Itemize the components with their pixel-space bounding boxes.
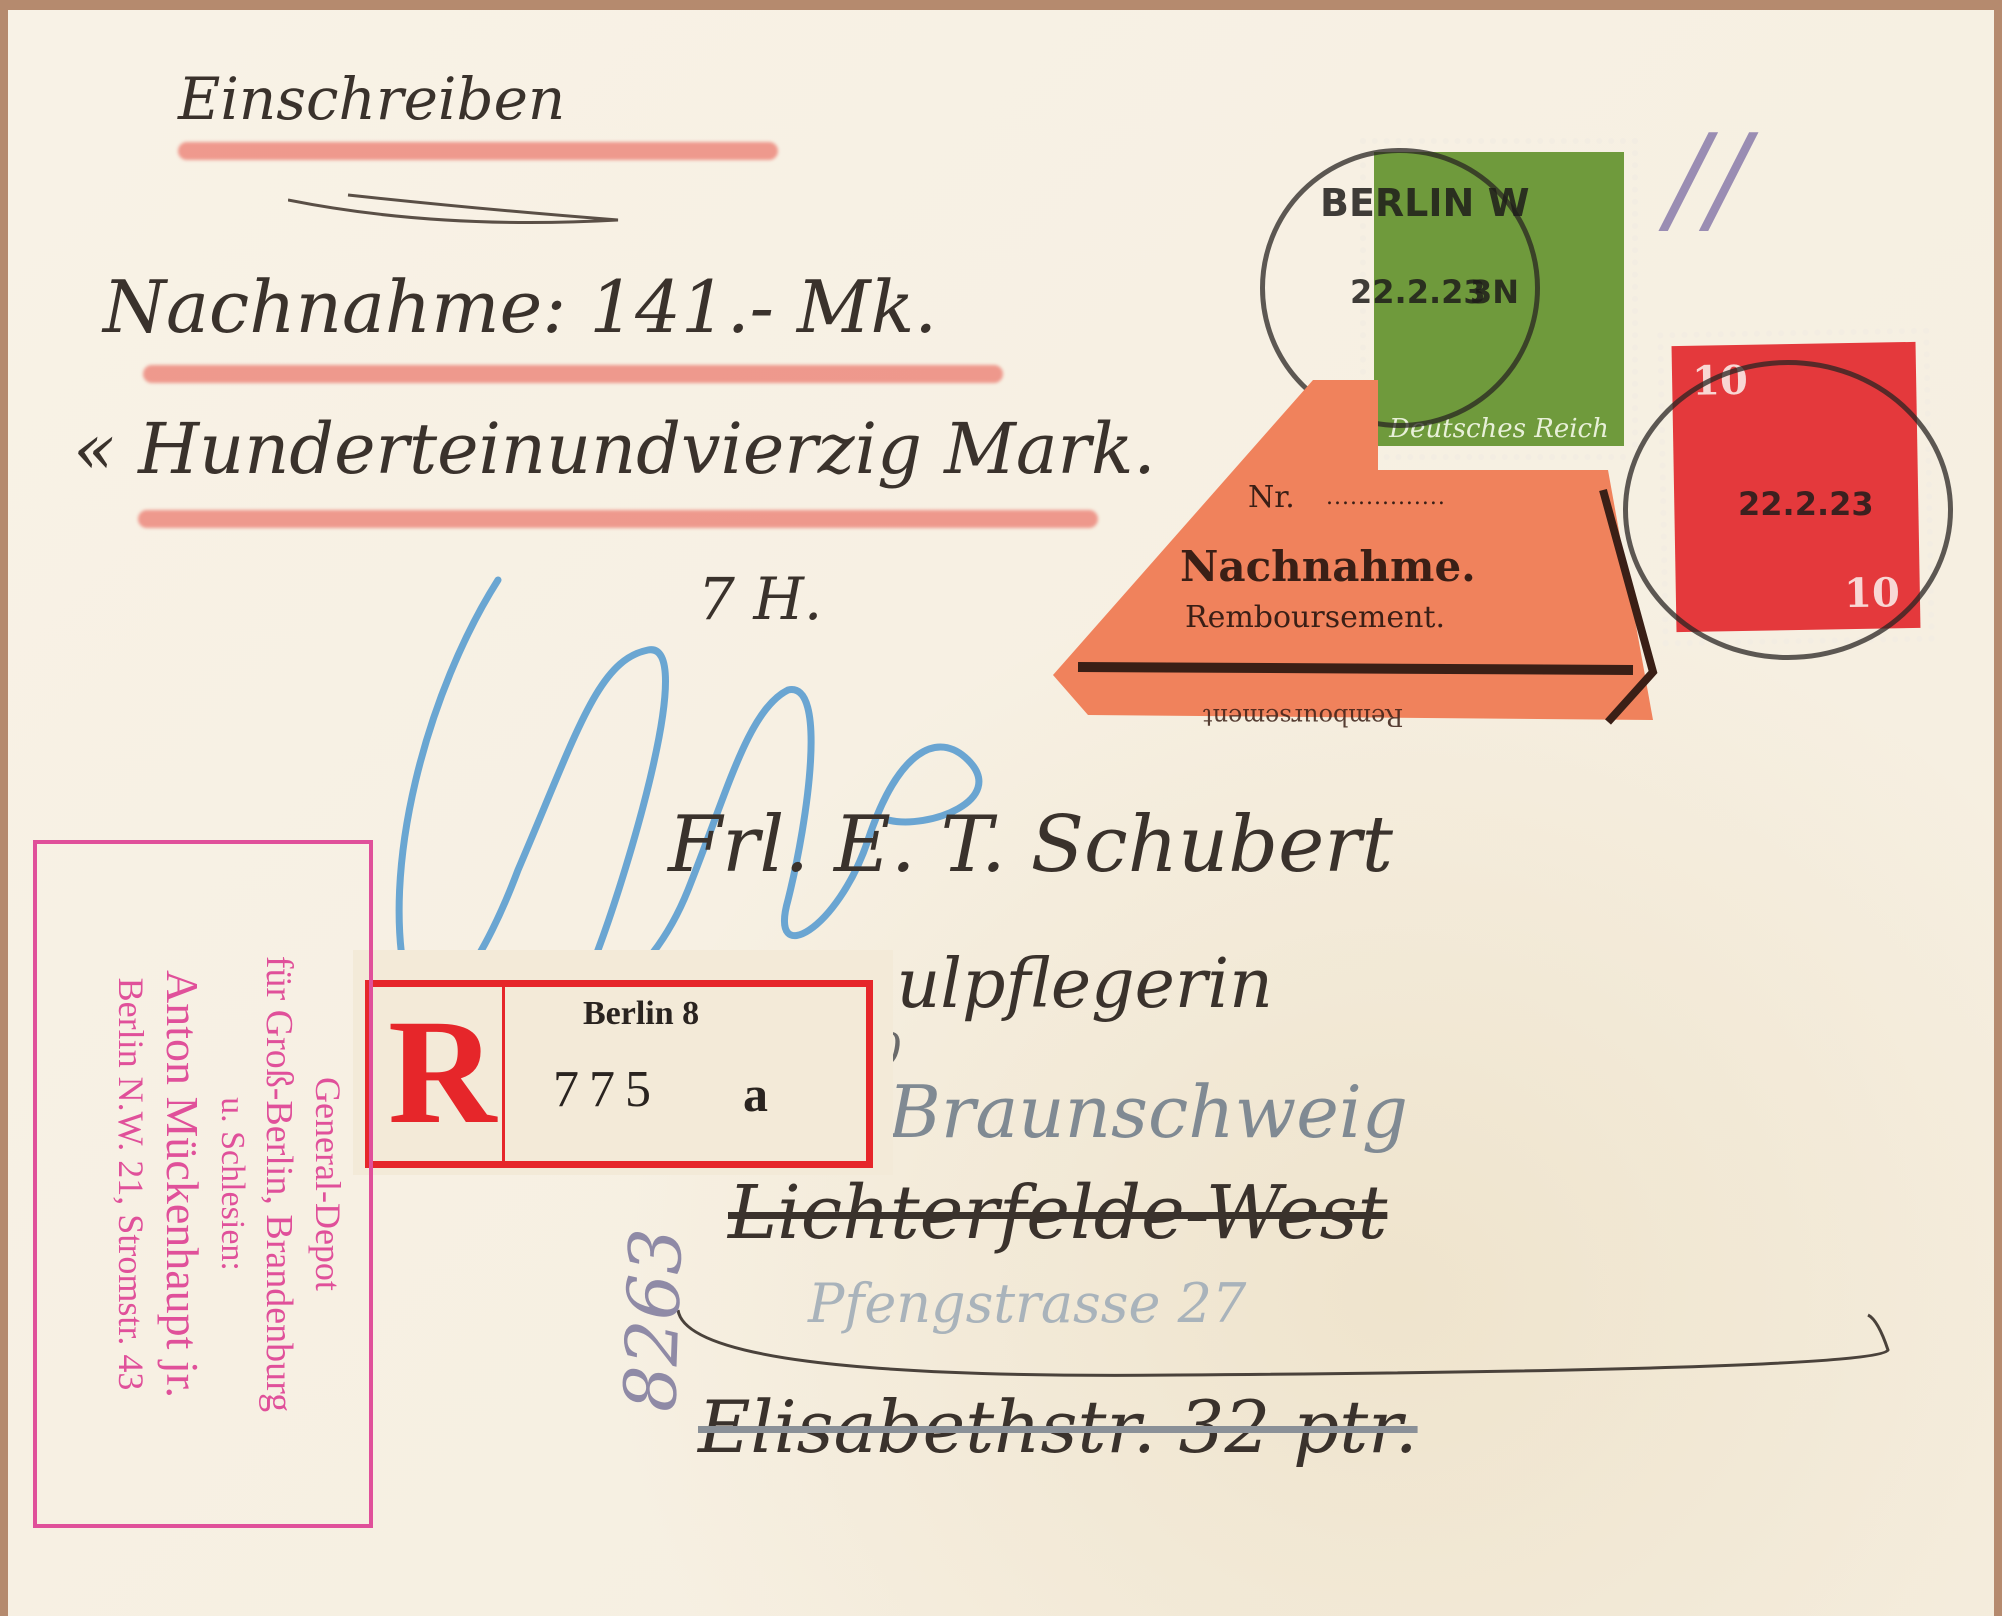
street-new: Elisabethstr. 32 ptr. [698, 1385, 1418, 1469]
cod-nr-blank: ............... [1326, 485, 1446, 510]
cod-title: Nachnahme. [1180, 542, 1476, 591]
registration-number: 775 [553, 1060, 661, 1119]
registration-label: R Berlin 8 775 a [353, 950, 893, 1175]
service-note: Einschreiben [178, 65, 565, 133]
sender-stamp: General-Depot für Groß-Berlin, Brandenbu… [33, 840, 373, 1528]
registration-suffix: a [743, 1065, 768, 1123]
redirect-city: Braunschweig [888, 1070, 1408, 1154]
postmark-time: 3N [1470, 273, 1519, 311]
sender-line: Berlin N.W. 21, Stromstr. 43 [110, 844, 152, 1524]
sender-line: für Groß-Berlin, Brandenburg [257, 844, 301, 1524]
cod-subtitle: Remboursement. [1185, 600, 1445, 635]
sender-line: Anton Mückenhaupt jr. [156, 844, 209, 1524]
cod-amount-words: « Hunderteinundvierzig Mark. [73, 408, 1156, 490]
addressee-name: Frl. E. T. Schubert [668, 800, 1393, 890]
cod-nr-label: Nr. [1248, 480, 1295, 515]
registration-letter: R [388, 997, 496, 1147]
sender-stamp-text: General-Depot für Groß-Berlin, Brandenbu… [37, 844, 377, 1524]
city-crossed: Lichterfelde-West [728, 1170, 1387, 1256]
registration-office: Berlin 8 [583, 995, 699, 1033]
cod-amount-line: Nachnahme: 141.- Mk. [103, 265, 937, 349]
cod-inverted-text: Remboursement [1203, 703, 1403, 731]
envelope: Einschreiben Nachnahme: 141.- Mk. « Hund… [8, 10, 1994, 1616]
street-encircle-stroke [658, 1260, 1898, 1400]
sender-line: u. Schlesien: [213, 844, 251, 1524]
postmark-date: 22.2.23 [1350, 273, 1486, 311]
sender-line: General-Depot [307, 844, 349, 1524]
postmark-date: 22.2.23 [1738, 485, 1874, 523]
berlin-postmark: 22.2.23 [1623, 360, 1953, 660]
registration-divider [502, 987, 505, 1161]
red-underline [143, 365, 1003, 383]
red-underline [178, 142, 778, 160]
red-underline [138, 510, 1098, 528]
flourish-stroke [288, 160, 628, 230]
purple-pencil-marks: // [1668, 110, 1749, 249]
pencil-number: 8263 [608, 1227, 698, 1413]
postmark-city: BERLIN W [1320, 181, 1529, 225]
